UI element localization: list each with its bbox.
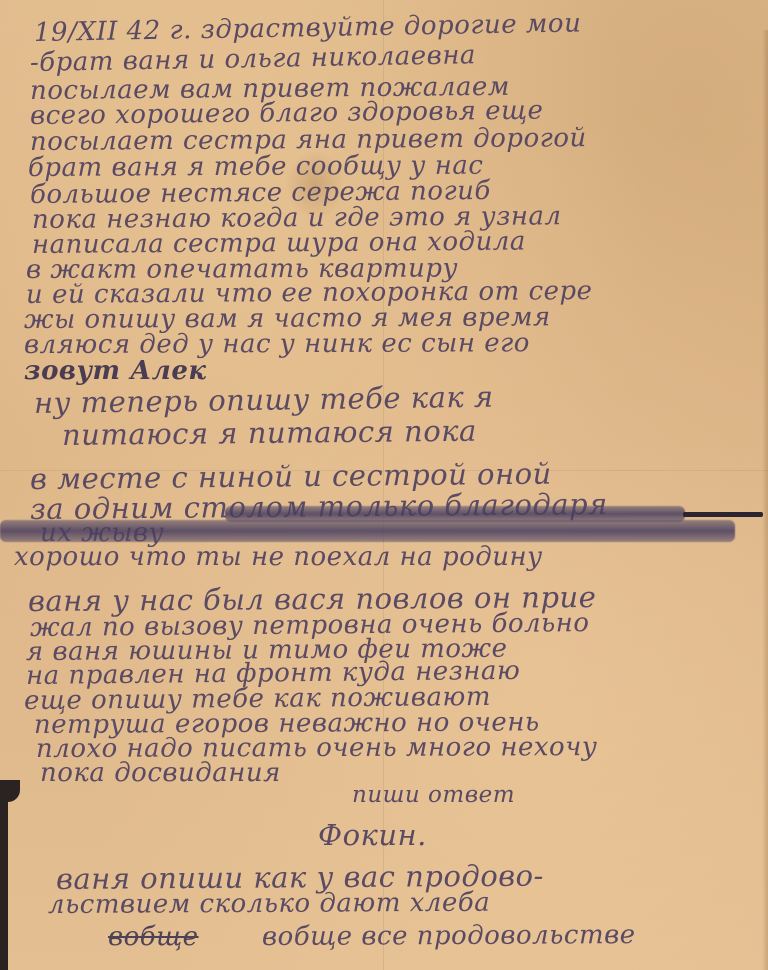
torn-edge-background [0,780,8,970]
letter-line: питаюся я питаюся пока [62,414,477,452]
censor-bar-tail [683,512,763,517]
struck-word: вобще [108,922,199,952]
letter-line-reply-request: пиши ответ [352,782,515,808]
letter-line: зовут Алек [24,356,206,386]
letter-line: пока досвидания [40,758,281,788]
signature: Фокин. [318,818,427,852]
postscript-line: льствием сколько дают хлеба [48,888,490,920]
letter-line: хорошо что ты не поехал на родину [14,542,543,572]
postscript-line: вобще все продовольстве [262,920,636,952]
paper-edge-shadow [762,30,768,970]
censor-bar [0,520,735,542]
